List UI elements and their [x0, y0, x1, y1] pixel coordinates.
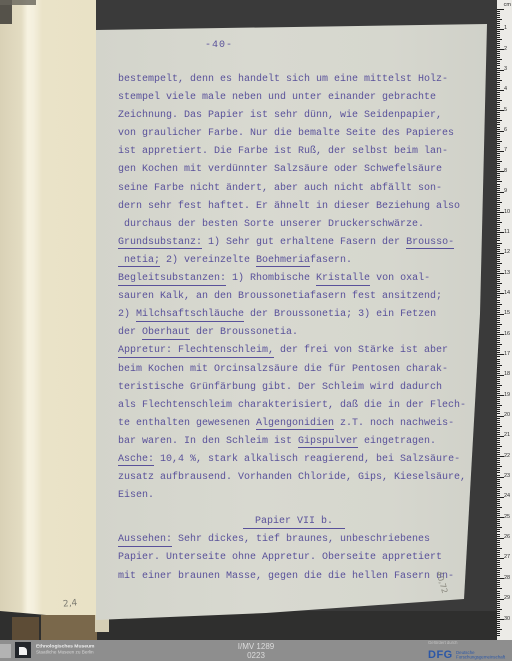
ruler-tick — [497, 19, 502, 20]
ruler-tick — [497, 255, 500, 256]
ruler-tick — [497, 513, 500, 514]
ruler-tick — [497, 552, 500, 553]
ruler-number: 28 — [504, 576, 510, 581]
ruler-tick — [497, 263, 502, 264]
ruler-tick — [497, 348, 500, 349]
ruler-tick — [497, 633, 500, 634]
ruler-tick — [497, 338, 500, 339]
ruler-tick — [497, 135, 500, 136]
ruler-tick — [497, 271, 500, 272]
ruler-tick — [497, 240, 500, 241]
ruler-tick — [497, 171, 504, 172]
ruler-tick — [497, 49, 504, 50]
dfg-name: Deutsche Forschungsgemeinschaft — [456, 651, 505, 660]
ruler-tick — [497, 418, 500, 419]
ruler-tick — [497, 74, 500, 75]
ruler-tick — [497, 265, 500, 266]
ruler-tick — [497, 536, 500, 537]
dfg-block: Gefördert durch DFG Deutsche Forschungsg… — [428, 641, 512, 661]
ruler-tick — [497, 104, 500, 105]
ruler-tick — [497, 499, 500, 500]
ruler-tick — [497, 450, 500, 451]
ruler-tick — [497, 391, 500, 392]
ruler-tick — [497, 605, 500, 606]
ruler-tick — [497, 371, 500, 372]
ruler-tick — [497, 88, 500, 89]
ruler-tick — [497, 153, 500, 154]
ruler-tick — [497, 316, 500, 317]
ruler-tick — [497, 289, 500, 290]
ruler-tick — [497, 517, 504, 518]
ruler-tick — [497, 359, 500, 360]
ruler-tick — [497, 635, 500, 636]
ruler-tick — [497, 57, 500, 58]
ruler-tick — [497, 33, 500, 34]
ruler-tick — [497, 328, 500, 329]
ruler-tick — [497, 487, 502, 488]
ruler-tick — [497, 420, 500, 421]
ruler-tick — [497, 472, 500, 473]
ruler-tick — [497, 534, 500, 535]
ruler-tick — [497, 147, 500, 148]
ruler-tick — [497, 578, 504, 579]
ruler-tick — [497, 143, 500, 144]
ruler-number: 26 — [504, 535, 510, 540]
ruler-tick — [497, 208, 500, 209]
ruler-tick — [497, 86, 500, 87]
ruler-tick — [497, 149, 500, 150]
ruler-tick — [497, 464, 500, 465]
ruler-tick — [497, 403, 500, 404]
ruler-number: 10 — [504, 210, 510, 215]
ruler-number: 18 — [504, 372, 510, 377]
ruler-tick — [497, 206, 500, 207]
ruler-tick — [497, 25, 500, 26]
ruler-tick — [497, 365, 502, 366]
ruler-number: 24 — [504, 494, 510, 499]
ruler-tick — [497, 497, 504, 498]
ruler-number: 8 — [504, 169, 507, 174]
ruler-tick — [497, 375, 504, 376]
ruler-tick — [497, 198, 500, 199]
ruler-tick — [497, 76, 500, 77]
ruler-tick — [497, 13, 500, 14]
ruler-tick — [497, 224, 500, 225]
ruler-tick — [497, 568, 502, 569]
typed-line: seine Farbe nicht ändert, aber auch nich… — [118, 180, 470, 198]
ruler-tick — [497, 493, 500, 494]
book-page-edges — [0, 0, 96, 620]
typed-line: teristische Grünfärbung gibt. Der Schlei… — [118, 379, 470, 397]
ruler-tick — [497, 599, 504, 600]
ruler-tick — [497, 110, 504, 111]
ruler-tick — [497, 601, 500, 602]
book-edge-brown — [12, 617, 39, 640]
ruler-tick — [497, 607, 500, 608]
ruler-tick — [497, 383, 500, 384]
ruler-number: 6 — [504, 128, 507, 133]
ruler-tick — [497, 611, 500, 612]
ruler-tick — [497, 179, 500, 180]
typed-line: Papier VII b. — [118, 513, 470, 531]
ruler-tick — [497, 409, 500, 410]
ruler-tick — [497, 308, 500, 309]
ruler-tick — [497, 576, 500, 577]
ruler-tick — [497, 619, 504, 620]
ruler-number: 3 — [504, 67, 507, 72]
ruler-tick — [497, 29, 504, 30]
ruler-tick — [497, 122, 500, 123]
ruler-tick — [497, 424, 500, 425]
typed-line: von graulicher Farbe. Nur die bemalte Se… — [118, 125, 470, 143]
ruler-tick — [497, 399, 500, 400]
ruler-tick — [497, 133, 500, 134]
ruler-tick — [497, 92, 500, 93]
ruler-tick — [497, 291, 500, 292]
ruler-tick — [497, 346, 500, 347]
ruler-tick — [497, 603, 500, 604]
ruler-tick — [497, 285, 500, 286]
ruler-tick — [497, 466, 502, 467]
typed-line: Begleitsubstanzen: 1) Rhombische Kristal… — [118, 270, 470, 288]
ruler-tick — [497, 623, 500, 624]
ruler-tick — [497, 202, 502, 203]
ruler-tick — [497, 232, 504, 233]
ruler-tick — [497, 580, 500, 581]
ruler-tick — [497, 436, 504, 437]
ruler-tick — [497, 196, 500, 197]
ruler-tick — [497, 210, 500, 211]
ruler-number: 30 — [504, 617, 510, 622]
ruler-number: 29 — [504, 596, 510, 601]
ruler-tick — [497, 163, 500, 164]
ruler-tick — [497, 416, 504, 417]
ruler-tick — [497, 277, 500, 278]
ruler-tick — [497, 411, 500, 412]
ruler-unit-label: cm — [504, 2, 511, 8]
ruler-tick — [497, 283, 502, 284]
ruler-tick — [497, 521, 500, 522]
ruler-tick — [497, 159, 500, 160]
ruler-tick — [497, 297, 500, 298]
ruler-tick — [497, 554, 500, 555]
ruler-tick — [497, 72, 500, 73]
ruler-tick — [497, 332, 500, 333]
ruler-tick — [497, 267, 500, 268]
ruler-number: 27 — [504, 555, 510, 560]
ruler-tick — [497, 629, 502, 630]
ruler-tick — [497, 39, 502, 40]
ruler-tick — [497, 234, 500, 235]
ruler-tick — [497, 407, 500, 408]
typed-line: dern sehr fest haftet. Er ähnelt in dies… — [118, 198, 470, 216]
ruler-number: 4 — [504, 87, 507, 92]
ruler-tick — [497, 558, 504, 559]
ruler-tick — [497, 124, 500, 125]
ruler-number: 21 — [504, 433, 510, 438]
ruler-tick — [497, 572, 500, 573]
ruler-tick — [497, 173, 500, 174]
ruler-tick — [497, 584, 500, 585]
typed-line: 2) Milchsaftschläuche der Broussonetia; … — [118, 306, 470, 324]
typed-line: Eisen. — [118, 487, 470, 505]
ruler-tick — [497, 546, 500, 547]
typed-line: Grundsubstanz: 1) Sehr gut erhaltene Fas… — [118, 234, 470, 252]
ruler-tick — [497, 509, 500, 510]
ruler-tick — [497, 15, 500, 16]
ruler-tick — [497, 114, 500, 115]
ruler-tick — [497, 228, 500, 229]
typed-line: Papier. Unterseite ohne Appretur. Oberse… — [118, 549, 470, 567]
ruler-tick — [497, 287, 500, 288]
ruler-tick — [497, 129, 500, 130]
pencil-annotation: 2,4 — [63, 598, 78, 609]
ruler-tick — [497, 257, 500, 258]
ruler-tick — [497, 51, 500, 52]
ruler-tick — [497, 542, 500, 543]
ruler-tick — [497, 367, 500, 368]
ruler-tick — [497, 432, 500, 433]
scan-viewer: -40- bestempelt, denn es handelt sich um… — [0, 0, 512, 661]
ruler-tick — [497, 169, 500, 170]
ruler-tick — [497, 430, 500, 431]
ruler-tick — [497, 460, 500, 461]
ruler-tick — [497, 446, 502, 447]
ruler-tick — [497, 222, 502, 223]
ruler-tick — [497, 21, 500, 22]
ruler-tick — [497, 491, 500, 492]
typed-line: stempel viele male neben und unter einan… — [118, 89, 470, 107]
ruler-tick — [497, 279, 500, 280]
ruler-tick — [497, 261, 500, 262]
ruler: cm 1234567891011121314151617181920212223… — [497, 0, 512, 640]
ruler-tick — [497, 194, 500, 195]
ruler-tick — [497, 175, 500, 176]
ruler-tick — [497, 157, 500, 158]
typed-line: Appretur: Flechtenschleim, der frei von … — [118, 342, 470, 360]
typed-line: sauren Kalk, an den Broussonetiafasern f… — [118, 288, 470, 306]
ruler-tick — [497, 177, 500, 178]
ruler-tick — [497, 588, 502, 589]
ruler-tick — [497, 456, 504, 457]
ruler-number: 7 — [504, 148, 507, 153]
ruler-tick — [497, 615, 500, 616]
ruler-tick — [497, 593, 500, 594]
ruler-tick — [497, 330, 500, 331]
ruler-tick — [497, 141, 502, 142]
ruler-tick — [497, 523, 500, 524]
ruler-tick — [497, 405, 502, 406]
ruler-tick — [497, 165, 500, 166]
ruler-tick — [497, 468, 500, 469]
ruler-tick — [497, 84, 500, 85]
ruler-tick — [497, 609, 502, 610]
ruler-tick — [497, 613, 500, 614]
ruler-tick — [497, 295, 500, 296]
typed-text-block: bestempelt, denn es handelt sich um eine… — [118, 71, 470, 586]
typed-line: Aussehen: Sehr dickes, tief braunes, unb… — [118, 531, 470, 549]
ruler-tick — [497, 238, 500, 239]
typed-line: gen Kochen mit verdünnter Salzsäure oder… — [118, 161, 470, 179]
ruler-tick — [497, 631, 500, 632]
ruler-tick — [497, 304, 502, 305]
ruler-number: 13 — [504, 271, 510, 276]
ruler-tick — [497, 548, 502, 549]
ruler-tick — [497, 204, 500, 205]
ruler-tick — [497, 63, 500, 64]
ruler-tick — [497, 503, 500, 504]
ruler-tick — [497, 251, 500, 252]
ruler-tick — [497, 550, 500, 551]
ruler-tick — [497, 458, 500, 459]
ruler-tick — [497, 326, 500, 327]
ruler-number: 5 — [504, 108, 507, 113]
ruler-tick — [497, 9, 504, 10]
ruler-tick — [497, 226, 500, 227]
ruler-tick — [497, 495, 500, 496]
scanned-page: -40- bestempelt, denn es handelt sich um… — [96, 24, 487, 622]
ruler-number: 22 — [504, 454, 510, 459]
footer-bar: Ethnologisches Museum Staatliche Museen … — [0, 640, 512, 661]
ruler-tick — [497, 621, 500, 622]
ruler-tick — [497, 627, 500, 628]
ruler-tick — [497, 369, 500, 370]
ruler-tick — [497, 155, 500, 156]
ruler-tick — [497, 356, 500, 357]
ruler-tick — [497, 385, 502, 386]
ruler-tick — [497, 312, 500, 313]
ruler-tick — [497, 617, 500, 618]
ruler-tick — [497, 470, 500, 471]
ruler-tick — [497, 566, 500, 567]
ruler-tick — [497, 354, 504, 355]
typed-line: ist appretiert. Die Farbe ist Ruß, der s… — [118, 143, 470, 161]
ruler-tick — [497, 344, 502, 345]
ruler-tick — [497, 336, 500, 337]
ruler-tick — [497, 102, 500, 103]
ruler-number: 14 — [504, 291, 510, 296]
ruler-tick — [497, 65, 500, 66]
ruler-number: 25 — [504, 515, 510, 520]
page-number: -40- — [205, 40, 233, 51]
ruler-number: 1 — [504, 26, 507, 31]
ruler-tick — [497, 259, 500, 260]
ruler-tick — [497, 245, 500, 246]
ruler-tick — [497, 184, 500, 185]
ruler-tick — [497, 387, 500, 388]
ruler-tick — [497, 212, 504, 213]
ruler-tick — [497, 37, 500, 38]
ruler-tick — [497, 220, 500, 221]
ruler-tick — [497, 300, 500, 301]
ruler-tick — [497, 275, 500, 276]
dfg-logo: DFG — [428, 649, 453, 661]
ruler-tick — [497, 17, 500, 18]
corner-shadow-top — [0, 0, 36, 5]
ruler-tick — [497, 96, 500, 97]
typed-line: te enthalten gewesenen Algengonidien z.T… — [118, 415, 470, 433]
ruler-tick — [497, 413, 500, 414]
ruler-tick — [497, 570, 500, 571]
ruler-tick — [497, 454, 500, 455]
ruler-tick — [497, 310, 500, 311]
typed-line: zusatz aufbrausend. Vorhanden Chloride, … — [118, 469, 470, 487]
ruler-tick — [497, 269, 500, 270]
ruler-tick — [497, 47, 500, 48]
ruler-tick — [497, 281, 500, 282]
ruler-tick — [497, 200, 500, 201]
ruler-tick — [497, 214, 500, 215]
ruler-tick — [497, 560, 500, 561]
ruler-tick — [497, 151, 504, 152]
ruler-tick — [497, 23, 500, 24]
typed-line: durchaus der besten Sorte unserer Drucke… — [118, 216, 470, 234]
ruler-tick — [497, 527, 502, 528]
ruler-tick — [497, 61, 500, 62]
ruler-tick — [497, 422, 500, 423]
ruler-number: 15 — [504, 311, 510, 316]
ruler-tick — [497, 27, 500, 28]
ruler-tick — [497, 192, 504, 193]
ruler-tick — [497, 381, 500, 382]
ruler-tick — [497, 55, 500, 56]
ruler-tick — [497, 442, 500, 443]
ruler-tick — [497, 218, 500, 219]
ruler-tick — [497, 428, 500, 429]
ruler-tick — [497, 586, 500, 587]
ruler-tick — [497, 342, 500, 343]
ruler-number: 20 — [504, 413, 510, 418]
ruler-tick — [497, 167, 500, 168]
ruler-tick — [497, 625, 500, 626]
ruler-tick — [497, 477, 504, 478]
ruler-number: 16 — [504, 332, 510, 337]
ruler-tick — [497, 373, 500, 374]
ruler-tick — [497, 591, 500, 592]
ruler-tick — [497, 120, 502, 121]
ruler-tick — [497, 236, 500, 237]
ruler-tick — [497, 448, 500, 449]
ruler-tick — [497, 393, 500, 394]
ruler-tick — [497, 322, 500, 323]
ruler-tick — [497, 100, 502, 101]
ruler-tick — [497, 395, 504, 396]
typed-line: beim Kochen mit Orcinsalzsäure die für P… — [118, 361, 470, 379]
ruler-tick — [497, 379, 500, 380]
ruler-tick — [497, 334, 504, 335]
ruler-tick — [497, 363, 500, 364]
ruler-tick — [497, 98, 500, 99]
ruler-tick — [497, 45, 500, 46]
ruler-tick — [497, 82, 500, 83]
ruler-tick — [497, 377, 500, 378]
ruler-tick — [497, 501, 500, 502]
ruler-tick — [497, 186, 500, 187]
ruler-tick — [497, 531, 500, 532]
ruler-tick — [497, 131, 504, 132]
ruler-tick — [497, 249, 500, 250]
ruler-tick — [497, 452, 500, 453]
ruler-tick — [497, 137, 500, 138]
ruler-tick — [497, 31, 500, 32]
ruler-tick — [497, 538, 504, 539]
ruler-tick — [497, 324, 502, 325]
ruler-tick — [497, 519, 500, 520]
ruler-tick — [497, 314, 504, 315]
ruler-tick — [497, 340, 500, 341]
ruler-tick — [497, 59, 502, 60]
ruler-tick — [497, 434, 500, 435]
